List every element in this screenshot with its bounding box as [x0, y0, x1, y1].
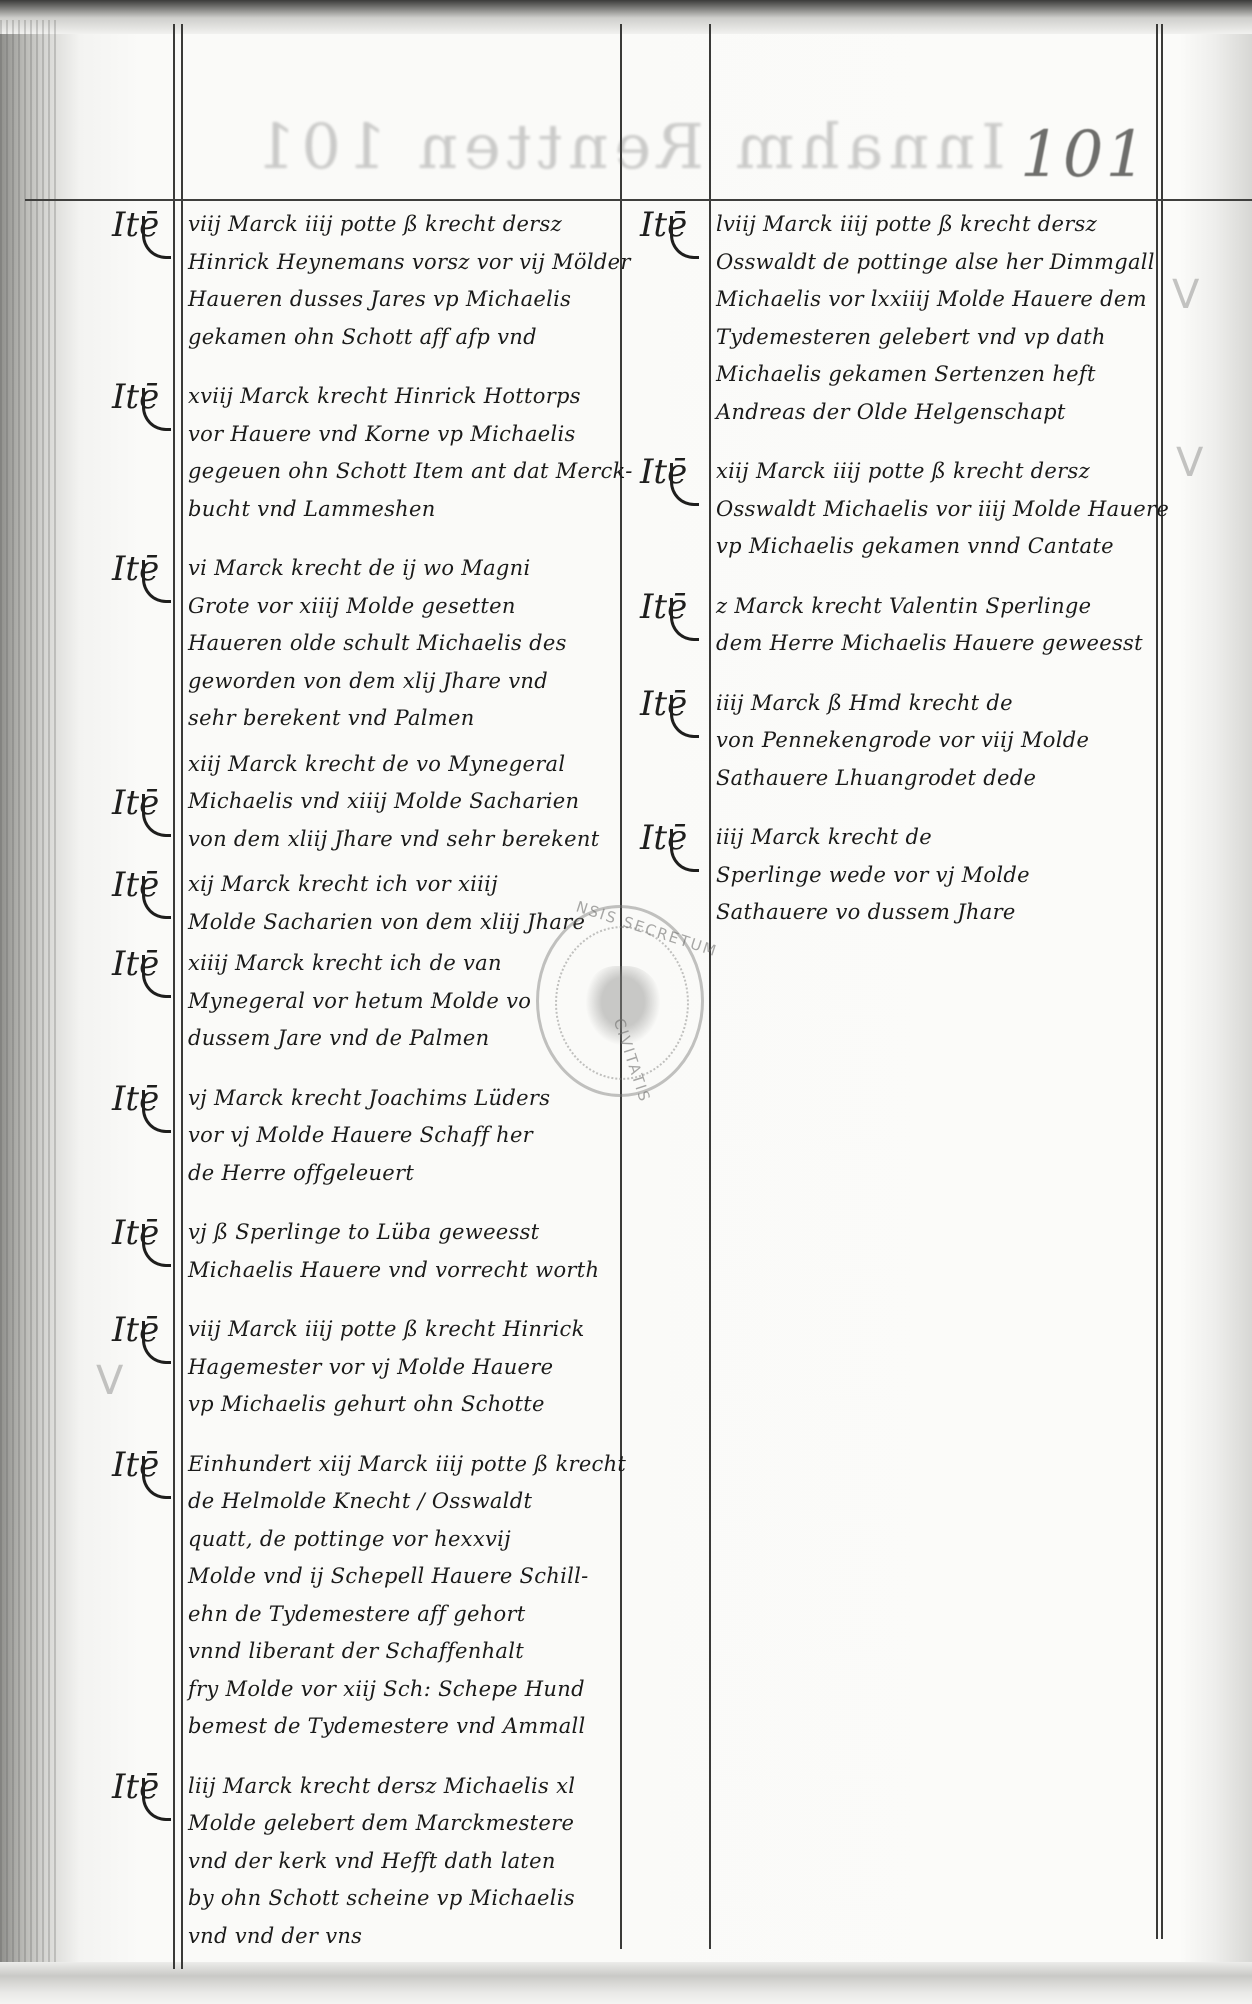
- entry-line: vnd vnd der vns: [188, 1918, 618, 1956]
- entry-line: Osswaldt Michaelis vor iiij Molde Hauere: [716, 491, 1156, 529]
- entry-line: Michaelis Hauere vnd vorrecht worth: [188, 1252, 618, 1290]
- entry-line: bemest de Tydemestere vnd Ammall: [188, 1708, 618, 1746]
- item-mark: Itē: [112, 380, 159, 414]
- entry-line: Einhundert xiij Marck iiij potte ß krech…: [188, 1446, 618, 1484]
- entry-line: Hagemester vor vj Molde Hauere: [188, 1349, 618, 1387]
- ledger-entry: Itē xiij Marck iiij potte ß krecht dersz…: [716, 453, 1156, 566]
- entry-line: Michaelis vnd xiiij Molde Sacharien: [188, 783, 618, 821]
- ledger-entry: Itē xiij Marck krecht de vo Mynegeral Mi…: [188, 746, 618, 859]
- item-mark: Itē: [112, 786, 159, 820]
- left-margin-rule: [173, 24, 175, 1969]
- ledger-entry: Itē xij Marck krecht ich vor xiiij Molde…: [188, 866, 618, 941]
- entry-line: Michaelis gekamen Sertenzen heft: [716, 356, 1156, 394]
- item-mark: Itē: [640, 687, 687, 721]
- entry-line: Tydemesteren gelebert vnd vp dath: [716, 319, 1156, 357]
- ledger-entry: Itē z Marck krecht Valentin Sperlinge de…: [716, 588, 1156, 663]
- item-mark: Itē: [112, 552, 159, 586]
- entry-line: by ohn Schott scheine vp Michaelis: [188, 1880, 618, 1918]
- entry-line: z Marck krecht Valentin Sperlinge: [716, 588, 1156, 626]
- entry-line: liij Marck krecht dersz Michaelis xl: [188, 1768, 618, 1806]
- entry-line: geworden von dem xlij Jhare vnd: [188, 663, 618, 701]
- entry-line: de Helmolde Knecht / Osswaldt: [188, 1483, 618, 1521]
- item-mark: Itē: [112, 1448, 159, 1482]
- entry-line: ehn de Tydemestere aff gehort: [188, 1596, 618, 1634]
- entry-line: xij Marck krecht ich vor xiiij: [188, 866, 618, 904]
- item-mark: Itē: [640, 455, 687, 489]
- entry-line: Molde Sacharien von dem xliij Jhare: [188, 904, 618, 942]
- entry-line: Haueren dusses Jares vp Michaelis: [188, 281, 618, 319]
- entry-line: dem Herre Michaelis Hauere geweesst: [716, 625, 1156, 663]
- entry-line: viij Marck iiij potte ß krecht dersz: [188, 206, 618, 244]
- ledger-entry: Itē vj ß Sperlinge to Lüba geweesst Mich…: [188, 1214, 618, 1289]
- entry-line: bucht vnd Lammeshen: [188, 491, 618, 529]
- entry-line: xviij Marck krecht Hinrick Hottorps: [188, 378, 618, 416]
- ledger-entry: Itē liij Marck krecht dersz Michaelis xl…: [188, 1768, 618, 1956]
- item-mark: Itē: [112, 1313, 159, 1347]
- page-top-edge: [0, 0, 1252, 34]
- ledger-entry: Itē iiij Marck ß Hmd krecht de von Penne…: [716, 685, 1156, 798]
- entry-line: vnd der kerk vnd Hefft dath laten: [188, 1843, 618, 1881]
- entry-line: quatt, de pottinge vor hexxvij: [188, 1521, 618, 1559]
- item-mark: Itē: [112, 868, 159, 902]
- ledger-entry: Itē lviij Marck iiij potte ß krecht ders…: [716, 206, 1156, 431]
- entry-line: fry Molde vor xiij Sch: Schepe Hund: [188, 1671, 618, 1709]
- folio-number: 101: [1020, 118, 1148, 192]
- right-margin-rule-inner: [1161, 24, 1163, 1939]
- entry-line: Sperlinge wede vor vj Molde: [716, 857, 1156, 895]
- item-mark: Itē: [640, 821, 687, 855]
- check-mark-icon: V: [1176, 440, 1203, 486]
- item-mark: Itē: [112, 1770, 159, 1804]
- left-column: Itē viij Marck iiij potte ß krecht dersz…: [188, 206, 618, 1977]
- entry-line: lviij Marck iiij potte ß krecht dersz: [716, 206, 1156, 244]
- entry-line: iiij Marck krecht de: [716, 819, 1156, 857]
- ledger-entry: Itē viij Marck iiij potte ß krecht Hinri…: [188, 1311, 618, 1424]
- entry-line: Osswaldt de pottinge alse her Dimmgall: [716, 244, 1156, 282]
- entry-line: Molde gelebert dem Marckmestere: [188, 1805, 618, 1843]
- entry-line: xiij Marck krecht de vo Mynegeral: [188, 746, 618, 784]
- city-seal-stamp: NSIS SECRETUM CIVITATIS: [536, 905, 704, 1097]
- entry-line: Molde vnd ij Schepell Hauere Schill-: [188, 1558, 618, 1596]
- entry-line: Sathauere Lhuangrodet dede: [716, 760, 1156, 798]
- entry-line: vor Hauere vnd Korne vp Michaelis: [188, 416, 618, 454]
- entry-line: vor vj Molde Hauere Schaff her: [188, 1117, 618, 1155]
- center-rule-right: [709, 24, 711, 1949]
- left-margin-rule-inner: [181, 24, 183, 1969]
- ledger-entry: Itē viij Marck iiij potte ß krecht dersz…: [188, 206, 618, 356]
- entry-line: Hinrick Heynemans vorsz vor vij Mölder: [188, 244, 618, 282]
- entry-line: vp Michaelis gehurt ohn Schotte: [188, 1386, 618, 1424]
- item-mark: Itē: [112, 1216, 159, 1250]
- check-mark-icon: V: [1172, 272, 1199, 318]
- entry-line: Grote vor xiiij Molde gesetten: [188, 588, 618, 626]
- manuscript-page: Innahm Rentten 101 101 Itē viij Marck ii…: [0, 0, 1252, 2004]
- book-spine-edge: [0, 20, 60, 1970]
- right-margin-rule: [1156, 24, 1158, 1939]
- entry-line: von Pennekengrode vor viij Molde: [716, 722, 1156, 760]
- entry-line: sehr berekent vnd Palmen: [188, 700, 618, 738]
- item-mark: Itē: [640, 208, 687, 242]
- right-column: Itē lviij Marck iiij potte ß krecht ders…: [716, 206, 1156, 954]
- entry-line: gegeuen ohn Schott Item ant dat Merck-: [188, 453, 618, 491]
- ledger-entry: Itē vj Marck krecht Joachims Lüders vor …: [188, 1080, 618, 1193]
- ledger-entry: Itē Einhundert xiij Marck iiij potte ß k…: [188, 1446, 618, 1746]
- check-mark-icon: V: [96, 1358, 123, 1404]
- entry-line: Sathauere vo dussem Jhare: [716, 894, 1156, 932]
- ledger-entry: Itē xviij Marck krecht Hinrick Hottorps …: [188, 378, 618, 528]
- entry-line: vp Michaelis gekamen vnnd Cantate: [716, 528, 1156, 566]
- entry-line: iiij Marck ß Hmd krecht de: [716, 685, 1156, 723]
- item-mark: Itē: [112, 1082, 159, 1116]
- entry-line: vi Marck krecht de ij wo Magni: [188, 550, 618, 588]
- entry-line: Andreas der Olde Helgenschapt: [716, 394, 1156, 432]
- entry-line: von dem xliij Jhare vnd sehr berekent: [188, 821, 618, 859]
- entry-line: Haueren olde schult Michaelis des: [188, 625, 618, 663]
- item-mark: Itē: [112, 208, 159, 242]
- entry-line: vj ß Sperlinge to Lüba geweesst: [188, 1214, 618, 1252]
- ledger-entry: Itē iiij Marck krecht de Sperlinge wede …: [716, 819, 1156, 932]
- header-rule: [25, 199, 1252, 201]
- entry-line: Michaelis vor lxxiiij Molde Hauere dem: [716, 281, 1156, 319]
- item-mark: Itē: [112, 947, 159, 981]
- entry-line: vj Marck krecht Joachims Lüders: [188, 1080, 618, 1118]
- entry-line: viij Marck iiij potte ß krecht Hinrick: [188, 1311, 618, 1349]
- entry-line: de Herre offgeleuert: [188, 1155, 618, 1193]
- item-mark: Itē: [640, 590, 687, 624]
- entry-line: xiij Marck iiij potte ß krecht dersz: [716, 453, 1156, 491]
- entry-line: vnnd liberant der Schaffenhalt: [188, 1633, 618, 1671]
- heading-bleedthrough: Innahm Rentten 101: [250, 110, 1006, 190]
- entry-line: gekamen ohn Schott aff afp vnd: [188, 319, 618, 357]
- ledger-entry: Itē vi Marck krecht de ij wo Magni Grote…: [188, 550, 618, 738]
